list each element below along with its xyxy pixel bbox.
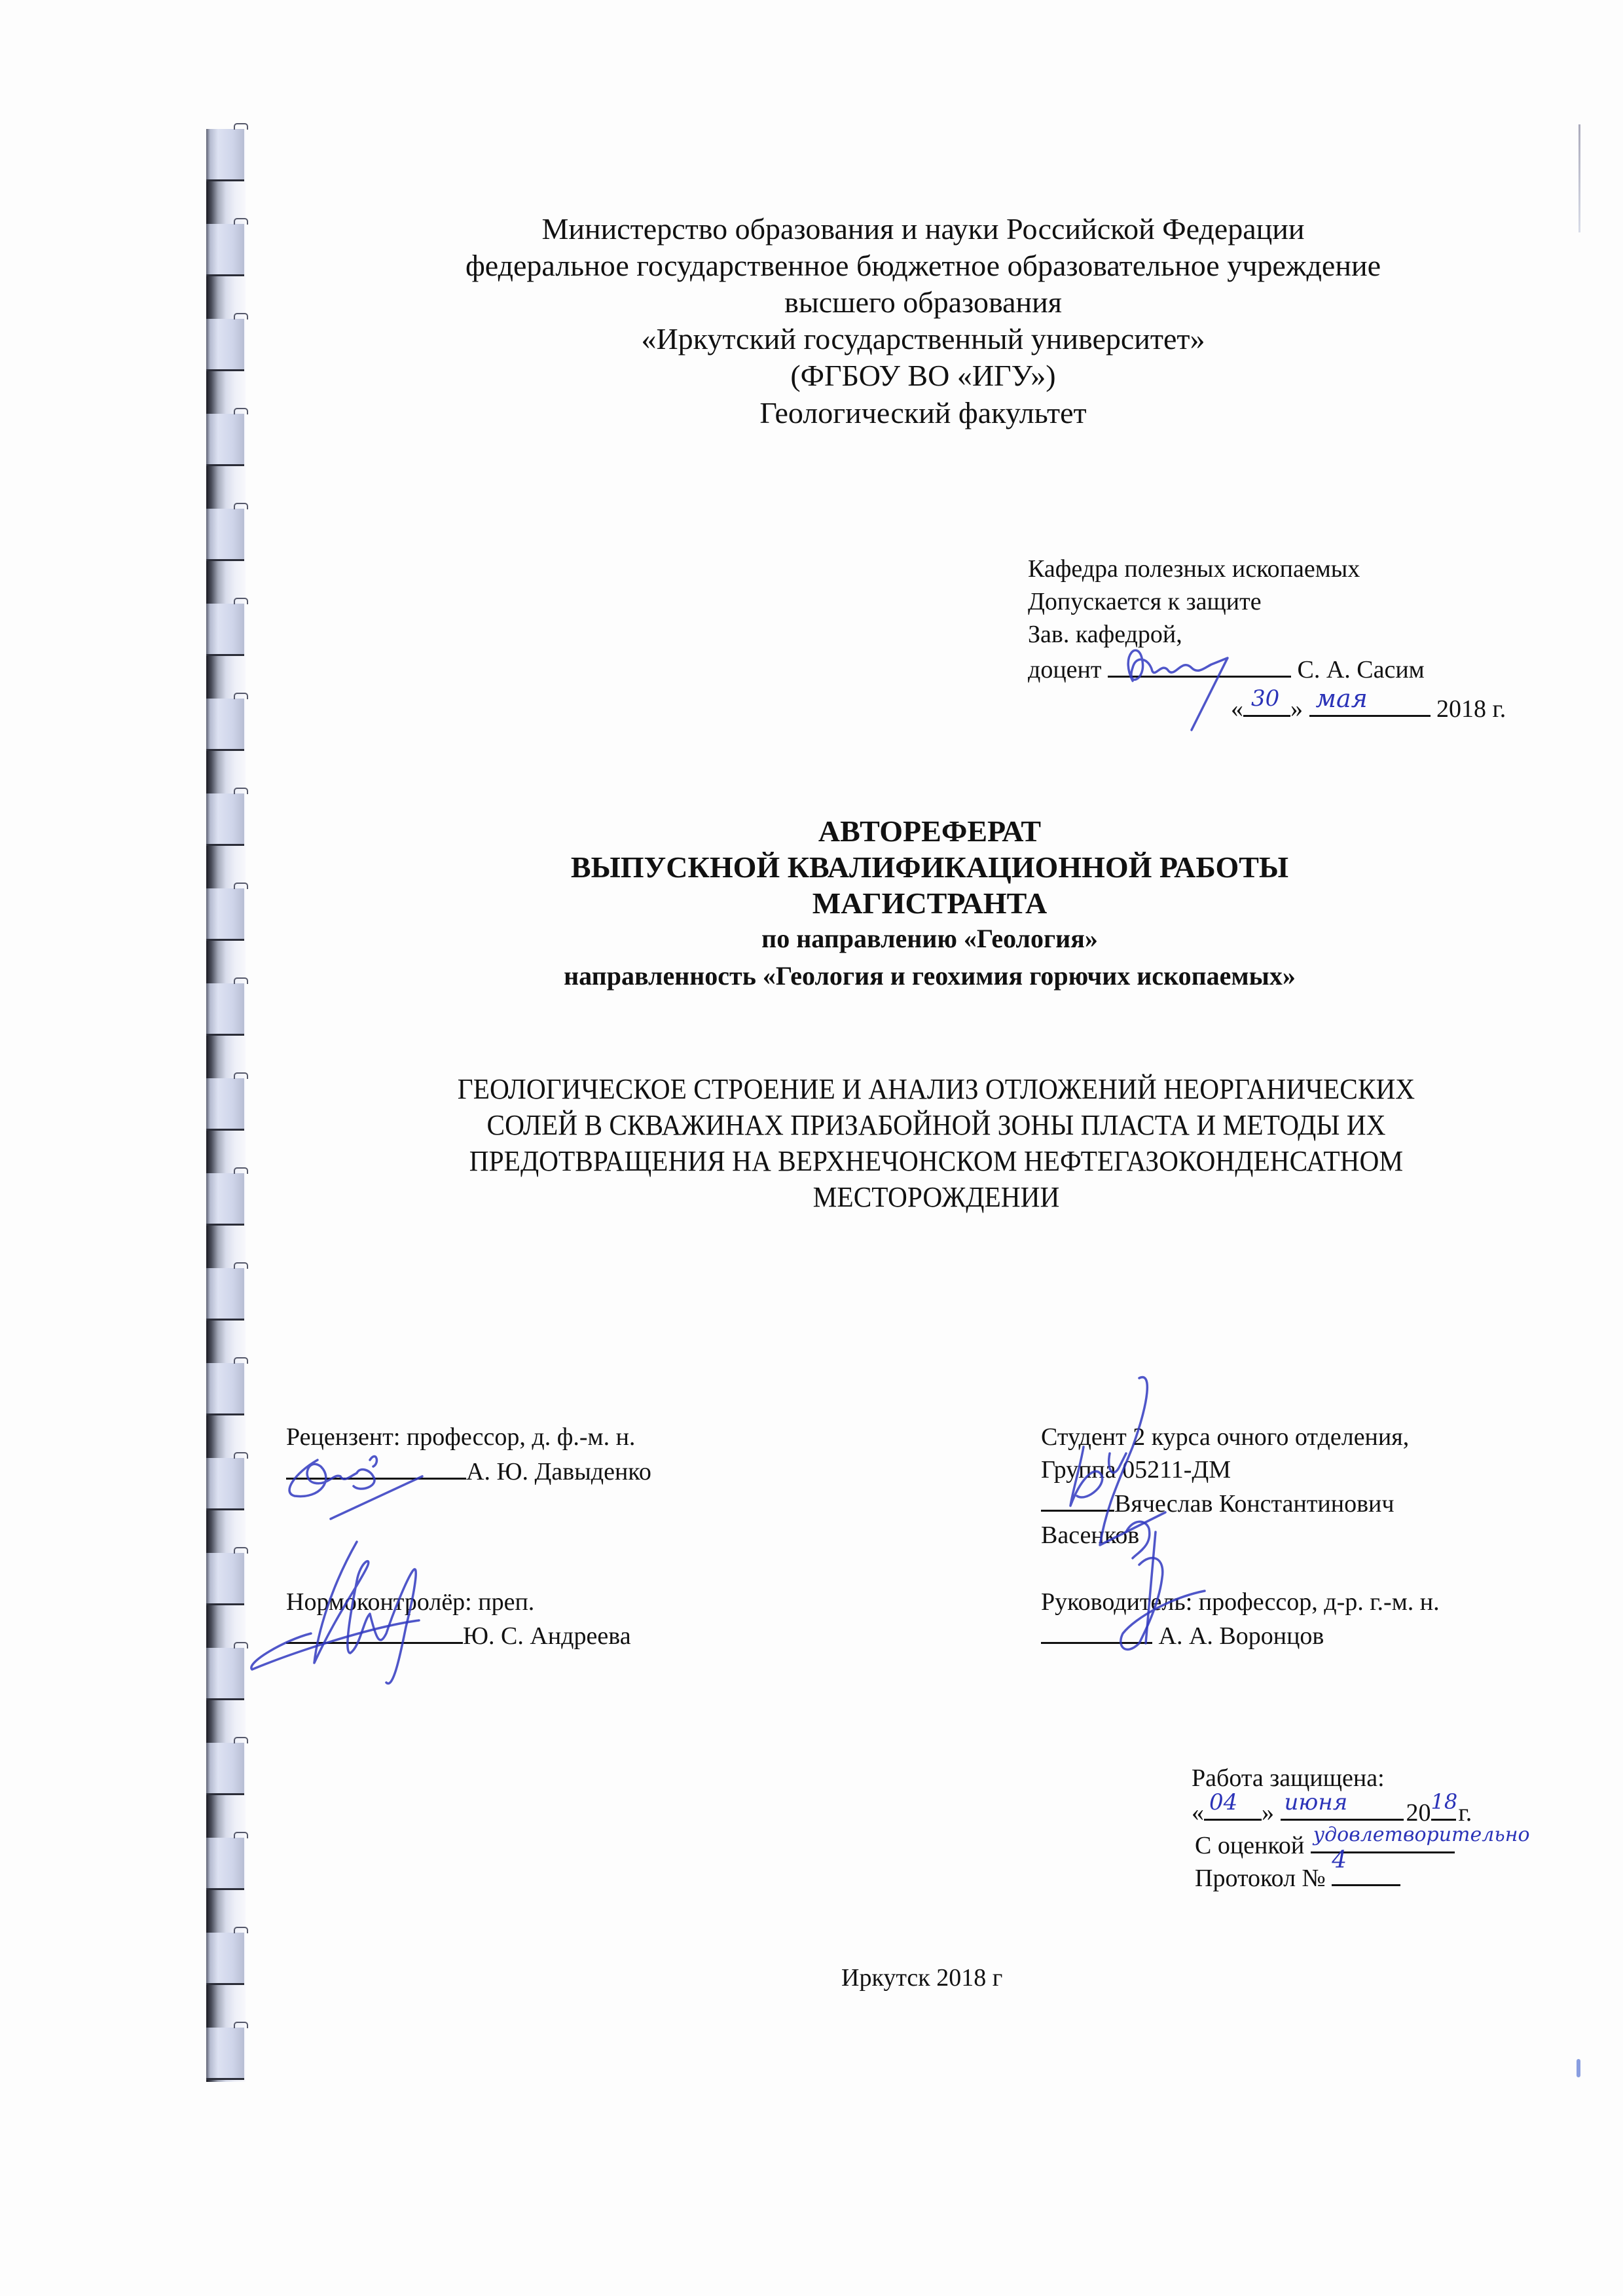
binding-ring	[206, 983, 244, 1036]
student-last-name: Васенков	[1041, 1523, 1139, 1548]
binding-ring	[206, 2028, 244, 2080]
student-first-name: Вячеслав Константинович	[1114, 1490, 1394, 1518]
city-year: Иркутск 2018 г	[841, 1965, 1002, 1990]
handwritten-grade: удовлетворительно	[1313, 1825, 1530, 1845]
supervisor-signature-row: А. А. Воронцов	[1041, 1622, 1324, 1649]
handwritten-month: июня	[1285, 1791, 1348, 1813]
handwritten-day: 04	[1209, 1791, 1237, 1813]
binding-ring	[206, 604, 244, 656]
handwritten-year: 18	[1431, 1791, 1458, 1812]
year-field: 18	[1431, 1799, 1456, 1821]
grade-label: С оценкой	[1195, 1832, 1304, 1859]
head-label: Зав. кафедрой,	[1028, 622, 1182, 647]
defense-date: «04» июня2018г.	[1192, 1799, 1472, 1825]
title-degree: МАГИСТРАНТА	[0, 888, 1623, 919]
education-level-line: высшего образования	[0, 287, 1623, 318]
student-group: Группа 05211-ДМ	[1041, 1457, 1231, 1482]
topic-line-1: ГЕОЛОГИЧЕСКОЕ СТРОЕНИЕ И АНАЛИЗ ОТЛОЖЕНИ…	[56, 1075, 1623, 1104]
protocol-field: 4	[1332, 1865, 1400, 1886]
grade-row: С оценкой удовлетворительно	[1195, 1832, 1455, 1858]
approval-year: 2018 г.	[1436, 695, 1506, 723]
binding-ring	[206, 1838, 244, 1890]
handwritten-day: 30	[1251, 687, 1279, 710]
topic-line-3: ПРЕДОТВРАЩЕНИЯ НА ВЕРХНЕЧОНСКОМ НЕФТЕГАЗ…	[56, 1147, 1623, 1176]
signature-line	[1041, 1622, 1152, 1644]
binding-ring	[206, 1268, 244, 1321]
norm-controller-name: Ю. С. Андреева	[463, 1622, 631, 1650]
supervisor-name: А. А. Воронцов	[1159, 1622, 1324, 1650]
binding-ring	[206, 699, 244, 751]
month-field: мая	[1309, 695, 1431, 717]
day-field: 04	[1204, 1799, 1262, 1821]
institution-type-line: федеральное государственное бюджетное об…	[0, 251, 1623, 281]
binding-ring	[206, 1648, 244, 1700]
study-direction: по направлению «Геология»	[0, 926, 1623, 952]
reviewer-name: А. Ю. Давыденко	[466, 1458, 651, 1485]
reviewer-label: Рецензент: профессор, д. ф.-м. н.	[286, 1425, 635, 1449]
topic-line-4: МЕСТОРОЖДЕНИИ	[56, 1183, 1623, 1212]
handwritten-month: мая	[1316, 686, 1368, 711]
signature-line	[1108, 656, 1291, 678]
binding-ring	[206, 1553, 244, 1605]
head-signature-row: доцент С. А. Сасим	[1028, 656, 1425, 682]
binding-ring	[206, 1458, 244, 1510]
study-focus: направленность «Геология и геохимия горю…	[0, 963, 1623, 989]
supervisor-label: Руководитель: профессор, д-р. г.-м. н.	[1041, 1590, 1440, 1614]
head-position: доцент	[1028, 656, 1101, 683]
day-field: 30	[1243, 695, 1290, 717]
defense-label: Работа защищена:	[1192, 1766, 1385, 1791]
protocol-row: Протокол № 4	[1195, 1865, 1400, 1891]
university-abbrev: (ФГБОУ ВО «ИГУ»)	[0, 361, 1623, 391]
faculty-name: Геологический факультет	[0, 398, 1623, 428]
binding-ring	[206, 1933, 244, 1985]
admitted-label: Допускается к защите	[1028, 589, 1262, 614]
binding-ring	[206, 1743, 244, 1795]
binding-ring	[206, 129, 244, 181]
approval-date: «30» мая 2018 г.	[1231, 695, 1506, 721]
signature-line	[286, 1622, 463, 1644]
head-name: С. А. Сасим	[1297, 656, 1424, 683]
topic-line-2: СОЛЕЙ В СКВАЖИНАХ ПРИЗАБОЙНОЙ ЗОНЫ ПЛАСТ…	[56, 1111, 1623, 1140]
ministry-line: Министерство образования и науки Российс…	[0, 214, 1623, 244]
title-autoreferat: АВТОРЕФЕРАТ	[0, 816, 1623, 847]
binding-ring	[206, 509, 244, 561]
protocol-label: Протокол №	[1195, 1865, 1326, 1892]
handwritten-protocol: 4	[1332, 1849, 1347, 1872]
reviewer-signature-row: А. Ю. Давыденко	[286, 1458, 651, 1484]
norm-controller-label: Нормоконтролёр: преп.	[286, 1590, 534, 1614]
department-name: Кафедра полезных ископаемых	[1028, 556, 1360, 581]
month-field: июня	[1281, 1799, 1404, 1821]
signature-line	[1041, 1490, 1114, 1512]
title-work-type: ВЫПУСКНОЙ КВАЛИФИКАЦИОННОЙ РАБОТЫ	[0, 852, 1623, 883]
student-signature-row: Вячеслав Константинович	[1041, 1490, 1394, 1516]
binding-ring	[206, 1363, 244, 1415]
pen-mark	[1577, 2059, 1580, 2077]
signature-line	[286, 1458, 466, 1480]
student-label: Студент 2 курса очного отделения,	[1041, 1425, 1409, 1449]
norm-controller-signature-row: Ю. С. Андреева	[286, 1622, 631, 1649]
university-name: «Иркутский государственный университет»	[0, 324, 1623, 354]
